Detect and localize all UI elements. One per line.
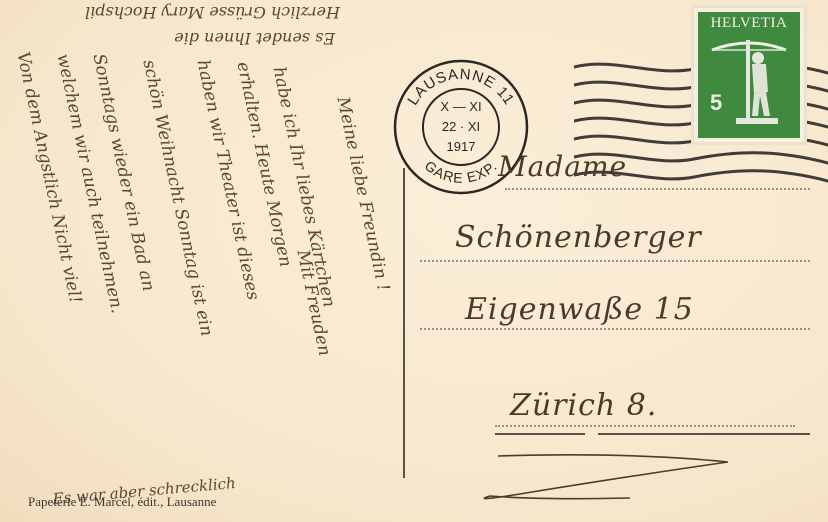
william-tell-son-crossbow-icon [708,32,790,132]
message-top-line-2: Es sendet Ihnen die [174,29,335,48]
message-top-line-1: Herzlich Grüsse Mary Hochspil [85,3,340,22]
address-line-2 [420,260,810,262]
underline-1 [495,433,585,435]
postage-stamp: HELVETIA 5 [694,8,804,142]
vertical-divider [403,168,405,478]
publisher-imprint: Papeterie E. Marcel, édit., Lausanne [28,494,216,510]
underline-2 [598,433,810,435]
svg-text:1917: 1917 [447,139,476,154]
address-salutation: Madame [498,150,627,183]
address-street: Eigenwaße 15 [465,292,694,327]
signature-flourish [480,448,740,504]
svg-text:22 · XI: 22 · XI [442,119,480,134]
message-column-0: Meine liebe Freundin ! [332,95,393,293]
svg-text:X — XI: X — XI [440,99,481,114]
svg-text:GARE EXP.: GARE EXP. [422,157,501,186]
address-line-4 [495,425,795,427]
address-line-3 [420,328,810,330]
address-name: Schönenberger [455,220,702,255]
address-city: Zürich 8. [510,388,657,423]
stamp-country: HELVETIA [698,15,800,32]
address-line-1 [505,188,810,190]
stamp-value: 5 [710,90,722,116]
postcard: Herzlich Grüsse Mary Hochspil Es sendet … [0,0,828,522]
